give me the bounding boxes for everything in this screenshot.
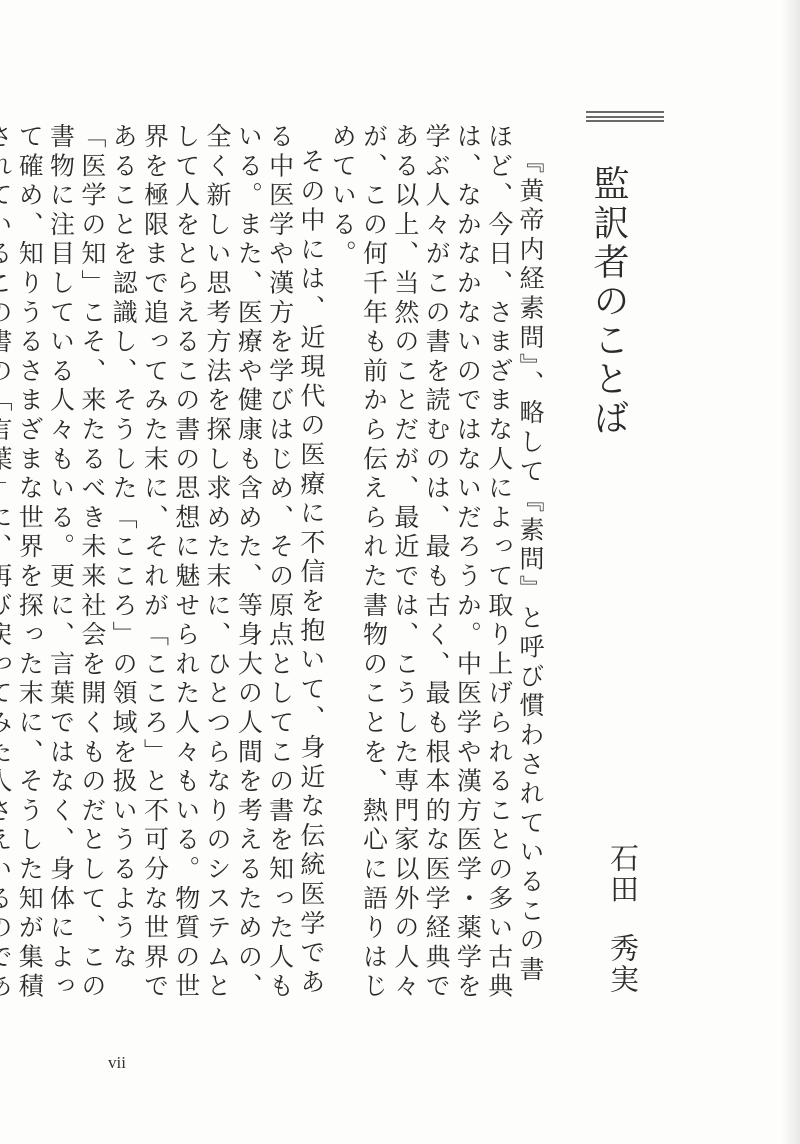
- title-ornament-rule: [586, 111, 664, 122]
- page-edge-shadow: [782, 0, 800, 1144]
- page-number: vii: [108, 1053, 126, 1073]
- rule-line: [586, 120, 664, 122]
- rule-line: [586, 111, 664, 113]
- paragraph: 『黄帝内経素問』、略して『素問』と呼び慣わされているこの書ほど、今日、さまざまな…: [327, 123, 546, 1013]
- author-name: 石田秀実: [607, 843, 639, 995]
- rule-line: [586, 116, 664, 118]
- paragraph: その中には、近現代の医療に不信を抱いて、身近な伝統医学である中医学や漢方を学びは…: [0, 123, 327, 1013]
- author-family-name: 石田: [606, 843, 640, 905]
- chapter-title: 監訳者のことば: [588, 165, 628, 438]
- body-text: 『黄帝内経素問』、略して『素問』と呼び慣わされているこの書ほど、今日、さまざまな…: [0, 123, 546, 1013]
- author-given-name: 秀実: [606, 933, 640, 995]
